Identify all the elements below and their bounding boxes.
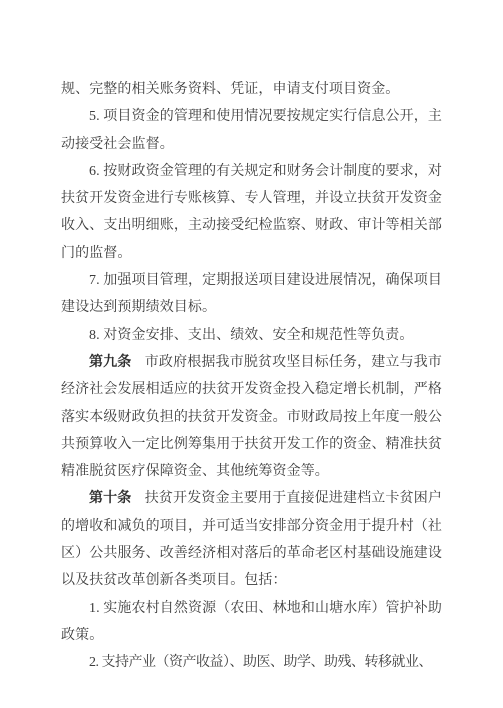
para-continuation: 规、完整的相关账务资料、凭证，申请支付项目资金。 xyxy=(61,76,442,103)
item-5: 5. 项目资金的管理和使用情况要按规定实行信息公开，主动接受社会监督。 xyxy=(61,103,442,158)
article-10-number: 第十条 xyxy=(89,491,131,506)
sub-item-1: 1. 实施农村自然资源（农田、林地和山塘水库）管护补助政策。 xyxy=(61,595,442,650)
article-9: 第九条市政府根据我市脱贫攻坚目标任务，建立与我市经济社会发展相适应的扶贫开发资金… xyxy=(61,349,442,485)
article-9-text: 市政府根据我市脱贫攻坚目标任务，建立与我市经济社会发展相适应的扶贫开发资金投入稳… xyxy=(61,355,442,479)
para-continuation-text: 规、完整的相关账务资料、凭证，申请支付项目资金。 xyxy=(61,82,399,97)
item-5-text: 5. 项目资金的管理和使用情况要按规定实行信息公开，主动接受社会监督。 xyxy=(61,109,442,151)
sub-item-2: 2. 支持产业（资产收益）、助医、助学、助残、转移就业、 xyxy=(61,649,442,676)
sub-item-2-text: 2. 支持产业（资产收益）、助医、助学、助残、转移就业、 xyxy=(89,655,432,670)
item-8-text: 8. 对资金安排、支出、绩效、安全和规范性等负责。 xyxy=(89,328,414,343)
item-7-text: 7. 加强项目管理，定期报送项目建设进展情况，确保项目建设达到预期绩效目标。 xyxy=(61,273,442,315)
article-9-number: 第九条 xyxy=(89,355,131,370)
item-6-text: 6. 按财政资金管理的有关规定和财务会计制度的要求，对扶贫开发资金进行专账核算、… xyxy=(61,164,442,261)
item-8: 8. 对资金安排、支出、绩效、安全和规范性等负责。 xyxy=(61,322,442,349)
item-7: 7. 加强项目管理，定期报送项目建设进展情况，确保项目建设达到预期绩效目标。 xyxy=(61,267,442,322)
article-10: 第十条扶贫开发资金主要用于直接促进建档立卡贫困户的增收和减负的项目，并可适当安排… xyxy=(61,485,442,594)
item-6: 6. 按财政资金管理的有关规定和财务会计制度的要求，对扶贫开发资金进行专账核算、… xyxy=(61,158,442,267)
document-page: 规、完整的相关账务资料、凭证，申请支付项目资金。 5. 项目资金的管理和使用情况… xyxy=(0,0,503,708)
sub-item-1-text: 1. 实施农村自然资源（农田、林地和山塘水库）管护补助政策。 xyxy=(61,601,442,643)
